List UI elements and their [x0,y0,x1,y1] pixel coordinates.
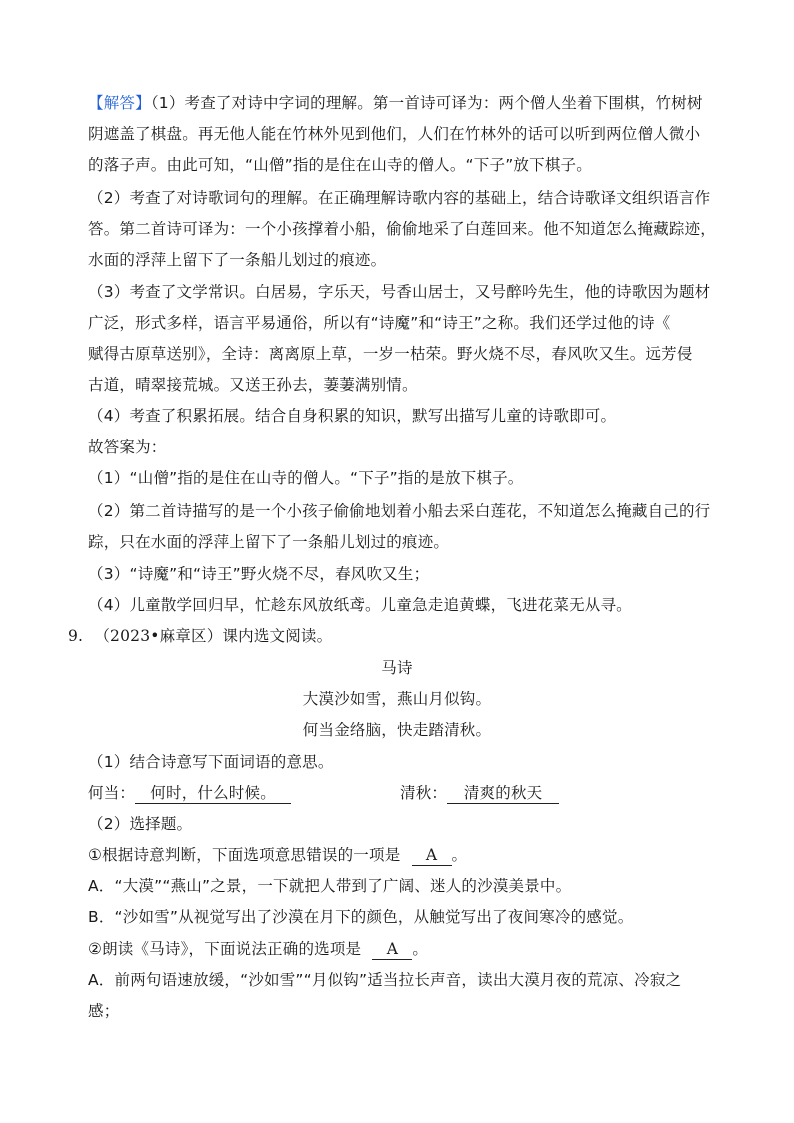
poem-title: 马诗 [0,658,794,678]
choice-question-2: ②朗读《马诗》，下面说法正确的选项是 A。 [88,939,428,960]
analysis-p3-line-2: 广泛，形式多样，语言平易通俗，所以有“诗魔”和“诗王”之称。我们还学过他的诗《 [88,313,670,333]
analysis-p2-line-1: （2）考查了对诗歌词句的理解。在正确理解诗歌内容的基础上，结合诗歌译文组织语言作 [88,188,710,208]
analysis-p2-line-3: 水面的浮萍上留下了一条船儿划过的痕迹。 [88,250,386,270]
choice-answer-blank: A [372,939,412,960]
answer-intro: 故答案为： [88,437,167,457]
option-a: A．“大漠”“燕山”之景，一下就把人带到了广阔、迷人的沙漠美景中。 [88,876,571,896]
vocab-item-qingqiu: 清秋：清爽的秋天 [400,783,559,804]
option-a-line-1: A．前两句语速放缓，“沙如雪”“月似钩”适当拉长声音，读出大漠月夜的荒凉、冷寂之 [88,970,681,990]
analysis-p4: （4）考查了积累拓展。结合自身积累的知识，默写出描写儿童的诗歌即可。 [88,406,616,426]
part1-prompt: （1）结合诗意写下面词语的意思。 [88,752,334,772]
analysis-p3-line-4: 古道，晴翠接荒城。又送王孙去，萋萋满别情。 [88,375,418,395]
poem-line-2: 何当金络脑，快走踏清秋。 [0,720,794,740]
poem-line-1: 大漠沙如雪，燕山月似钩。 [0,689,794,709]
analysis-label: 【解答】 [88,94,151,112]
analysis-line-2: 阴遮盖了棋盘。再无他人能在竹林外见到他们，人们在竹林外的话可以听到两位僧人微小 [88,124,700,144]
vocab-answer-blank: 何时，什么时候。 [135,783,291,804]
analysis-line-1: 【解答】（1）考查了对诗中字词的理解。第一首诗可译为：两个僧人坐着下围棋，竹树树 [88,93,703,113]
punctuation: 。 [452,846,468,864]
vocab-answer-blank: 清爽的秋天 [447,783,559,804]
question-9-header: 9. （2023•麻章区）课内选文阅读。 [68,626,332,646]
choice-answer-blank: A [412,845,452,866]
analysis-p3-line-1: （3）考查了文学常识。白居易，字乐天，号香山居士，又号醉吟先生，他的诗歌因为题材 [88,282,710,302]
answer-3: （3）“诗魔”和“诗王”野火烧不尽，春风吹又生； [88,564,429,584]
vocab-term: 何当： [88,784,135,802]
option-a-line-2: 感； [88,1001,119,1021]
analysis-line-3: 的落子声。由此可知，“山僧”指的是住在山寺的僧人。“下子”放下棋子。 [88,155,592,175]
answer-2-line-1: （2）第二首诗描写的是一个小孩子偷偷地划着小船去采白莲花，不知道怎么掩藏自己的行 [88,501,710,521]
analysis-text: （1）考查了对诗中字词的理解。第一首诗可译为：两个僧人坐着下围棋，竹树树 [151,94,703,112]
part2-prompt: （2）选择题。 [88,814,192,834]
choice-question-text: ①根据诗意判断，下面选项意思错误的一项是 [88,846,400,864]
vocab-term: 清秋： [400,784,447,802]
choice-question-text: ②朗读《马诗》，下面说法正确的选项是 [88,940,361,958]
punctuation: 。 [412,940,428,958]
answer-1: （1）“山僧”指的是住在山寺的僧人。“下子”指的是放下棋子。 [88,468,523,488]
question-number: 9. [68,627,83,645]
vocab-item-hedang: 何当：何时，什么时候。 [88,783,291,804]
analysis-p3-line-3: 赋得古原草送别》，全诗：离离原上草，一岁一枯荣。野火烧不尽，春风吹又生。远芳侵 [88,344,693,364]
answer-2-line-2: 踪，只在水面的浮萍上留下了一条船儿划过的痕迹。 [88,532,449,552]
option-b: B．“沙如雪”从视觉写出了沙漠在月下的颜色，从触觉写出了夜间寒冷的感觉。 [88,907,633,927]
answer-4: （4）儿童散学回归早，忙趁东风放纸鸢。儿童急走追黄蝶，飞进花菜无从寻。 [88,595,632,615]
choice-question-1: ①根据诗意判断，下面选项意思错误的一项是 A。 [88,845,467,866]
question-source: （2023•麻章区）课内选文阅读。 [94,627,332,645]
analysis-p2-line-2: 答。第二首诗可译为：一个小孩撑着小船，偷偷地采了白莲回来。他不知道怎么掩藏踪迹， [88,219,716,239]
